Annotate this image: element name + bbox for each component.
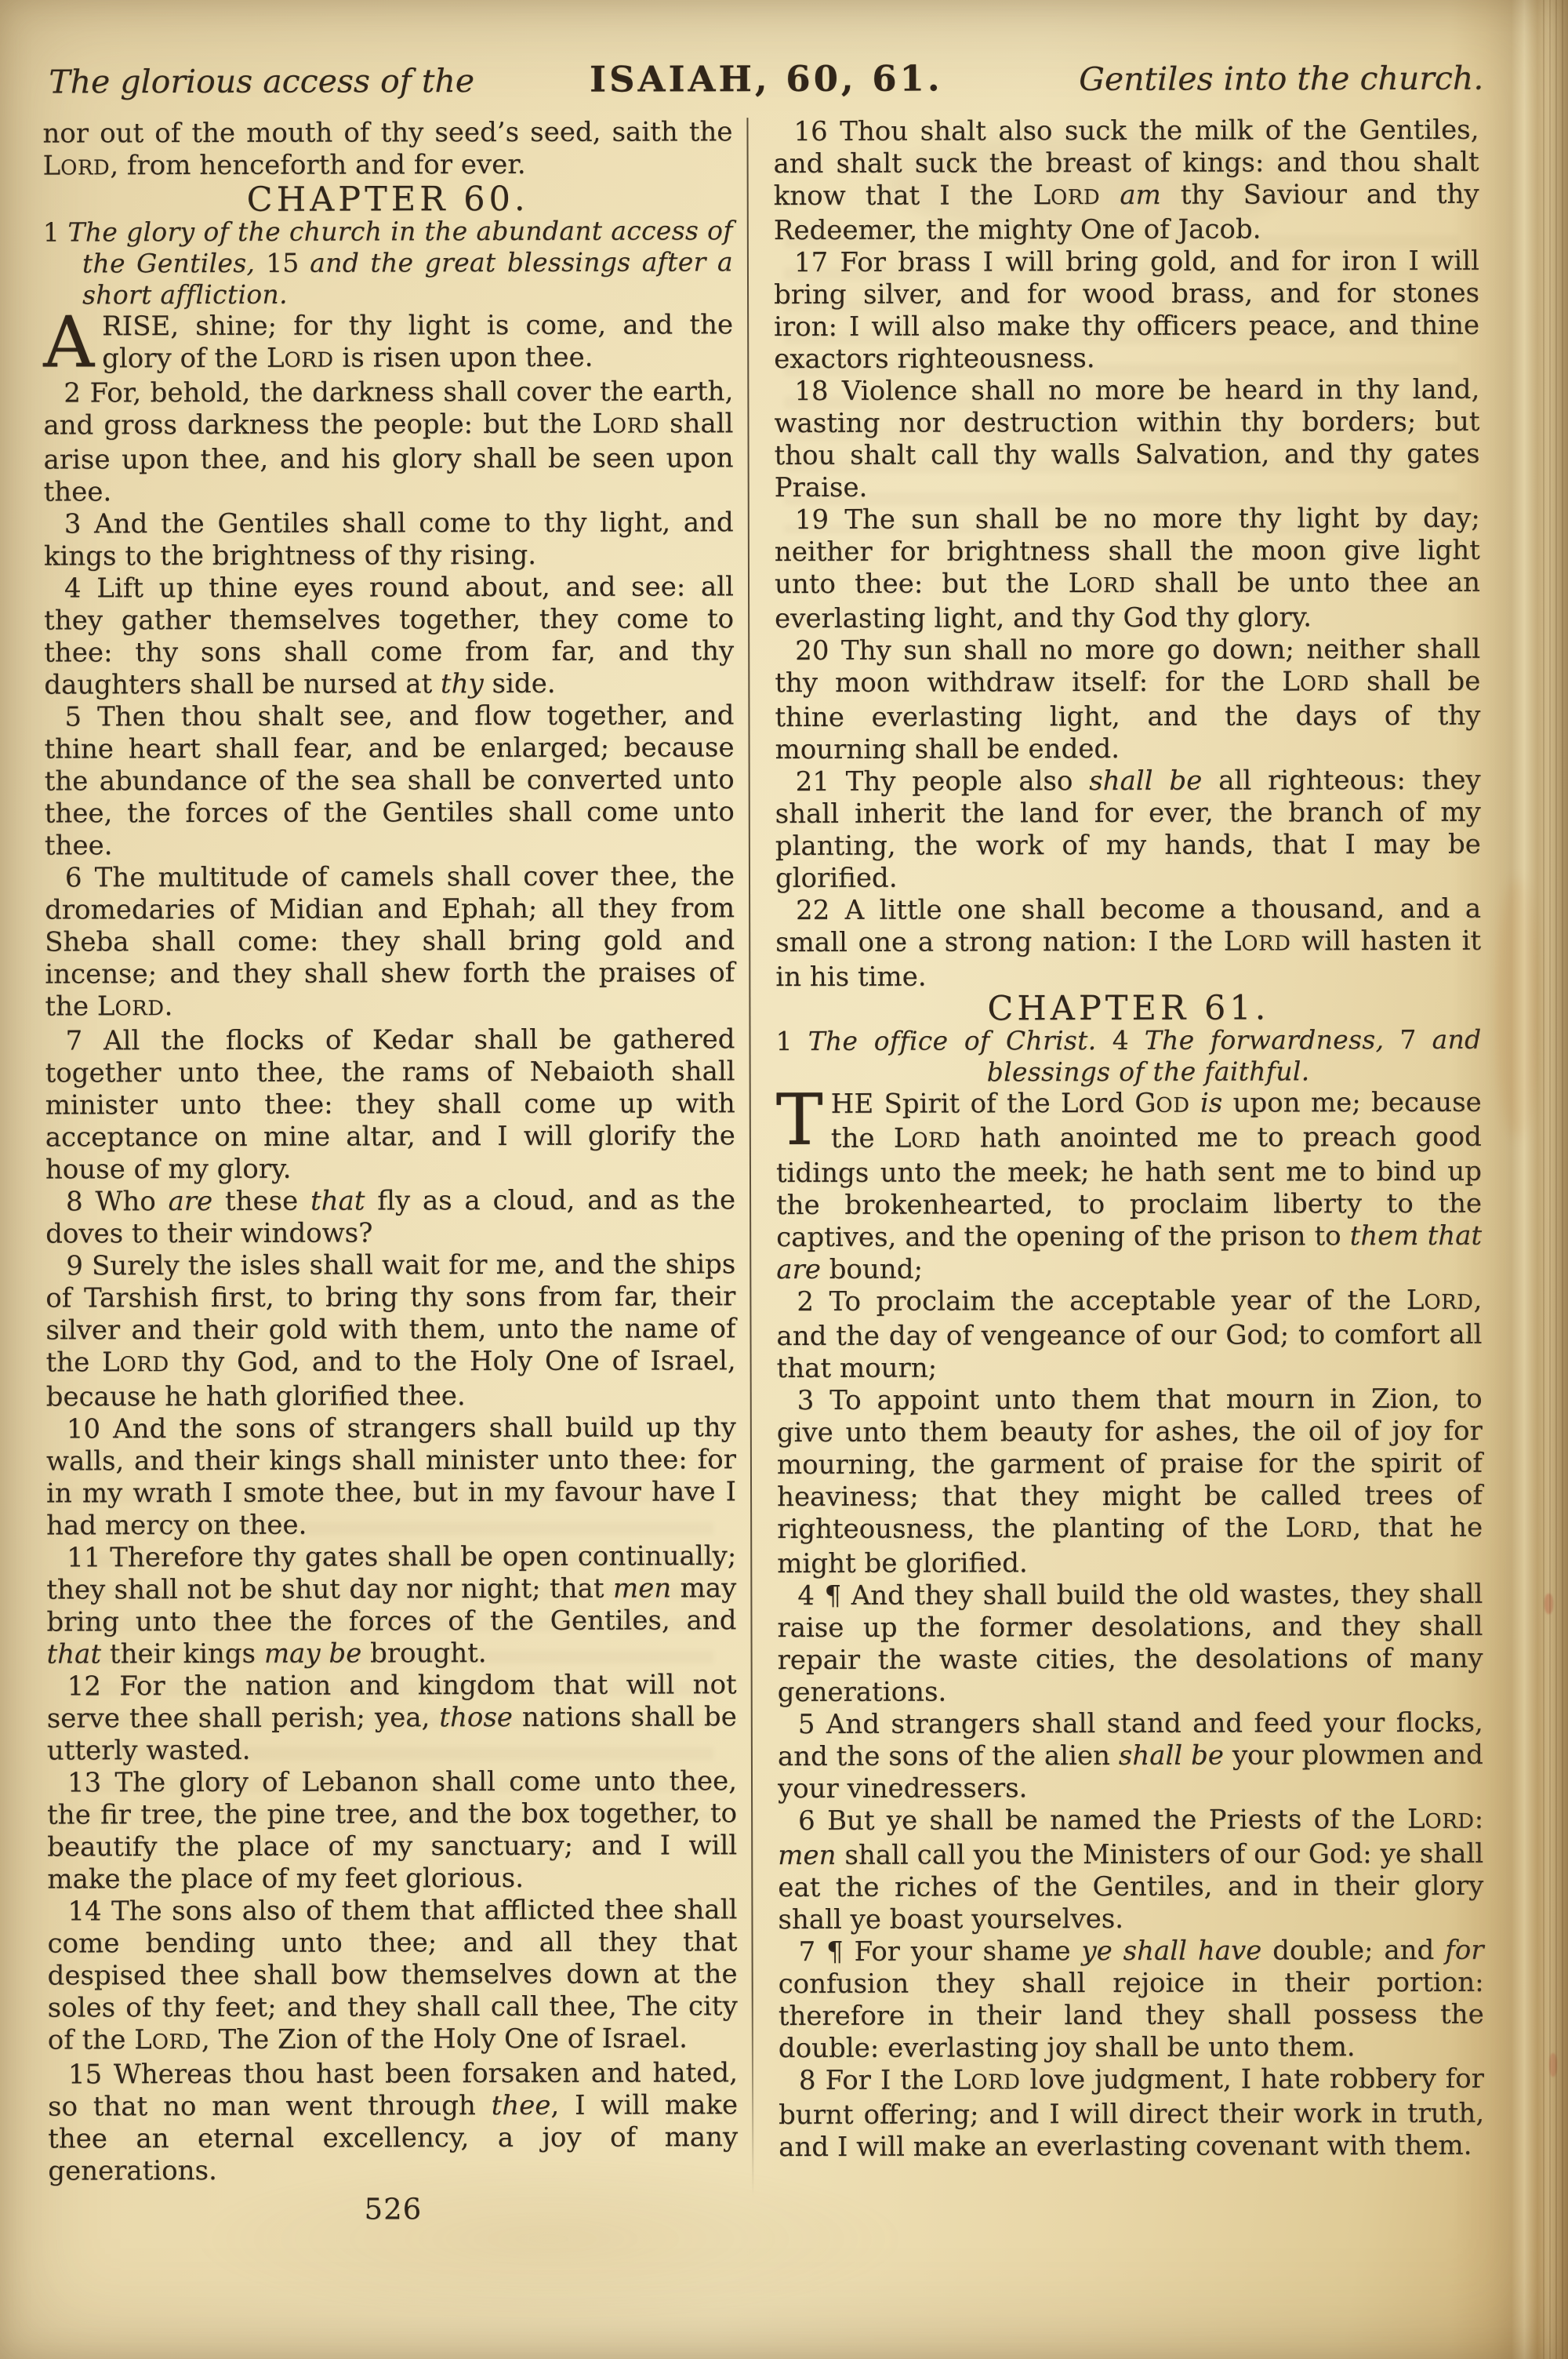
verse-paragraph: 5 Then thou shalt see, and flow together…: [44, 700, 735, 862]
verse-paragraph: 18 Violence shall no more be heard in th…: [774, 374, 1479, 504]
chapter-heading: CHAPTER 60.: [43, 183, 733, 216]
verse-paragraph: 8 Who are these that fly as a cloud, and…: [45, 1184, 735, 1250]
chapter-summary: 1 The glory of the church in the abundan…: [43, 215, 733, 311]
verse-paragraph: 20 Thy sun shall no more go down; neithe…: [775, 634, 1480, 766]
drop-cap: A: [43, 315, 94, 370]
verse-paragraph: 11 Therefore thy gates shall be open con…: [46, 1540, 736, 1670]
page-number: 526: [48, 2192, 738, 2226]
column-left: nor out of the mouth of thy seed’s seed,…: [42, 116, 738, 2226]
verse-paragraph: 3 To appoint unto them that mourn in Zio…: [777, 1383, 1483, 1580]
verse-paragraph: 21 Thy people also shall be all righteou…: [775, 765, 1481, 895]
verse-paragraph: 9 Surely the isles shall wait for me, an…: [45, 1249, 736, 1413]
verse-paragraph: 4 Lift up thine eyes round about, and se…: [44, 571, 734, 701]
verse-paragraph: 4 ¶ And they shall build the old wastes,…: [777, 1579, 1483, 1709]
verse-paragraph: 13 The glory of Lebanon shall come unto …: [47, 1765, 737, 1896]
verse-paragraph: 7 ¶ For your shame ye shall have double;…: [779, 1935, 1484, 2065]
page-content: The glorious access of the ISAIAH, 60, 6…: [0, 0, 1568, 2359]
verse-paragraph: 2 For, behold, the darkness shall cover …: [43, 376, 733, 508]
running-head-left: The glorious access of the: [49, 62, 566, 101]
column-left-blocks: nor out of the mouth of thy seed’s seed,…: [42, 116, 738, 2187]
running-head-right: Gentiles into the church.: [967, 60, 1484, 99]
column-right: 16 Thou shalt also suck the milk of the …: [773, 114, 1484, 2164]
verse-paragraph: 14 The sons also of them that afflicted …: [47, 1894, 738, 2059]
verse-paragraph: 5 And strangers shall stand and feed you…: [778, 1707, 1483, 1805]
verse-paragraph: 8 For I the LORD love judgment, I hate r…: [779, 2063, 1484, 2164]
chapter-summary: 1 The office of Christ. 4 The forwardnes…: [775, 1024, 1481, 1089]
verse-paragraph: 15 Whereas thou hast been forsaken and h…: [48, 2057, 738, 2187]
verse-continuation: nor out of the mouth of thy seed’s seed,…: [42, 116, 732, 184]
verse-paragraph: 12 For the nation and kingdom that will …: [47, 1669, 737, 1767]
verse-paragraph: 6 But ye shall be named the Priests of t…: [778, 1804, 1483, 1936]
verse-paragraph: 2 To proclaim the acceptable year of the…: [776, 1285, 1482, 1385]
column-divider: [746, 118, 753, 2196]
verse-paragraph: 3 And the Gentiles shall come to thy lig…: [44, 507, 734, 572]
verse-paragraph: THE Spirit of the Lord GOD is upon me; b…: [776, 1087, 1483, 1286]
verse-paragraph: 6 The multitude of camels shall cover th…: [45, 860, 735, 1025]
column-right-blocks: 16 Thou shalt also suck the milk of the …: [773, 114, 1484, 2164]
drop-cap: T: [776, 1093, 823, 1148]
page-title: ISAIAH, 60, 61.: [590, 57, 943, 100]
bible-page: The glorious access of the ISAIAH, 60, 6…: [0, 0, 1568, 2359]
verse-paragraph: 16 Thou shalt also suck the milk of the …: [773, 114, 1479, 247]
verse-paragraph: 17 For brass I will bring gold, and for …: [774, 245, 1479, 376]
verse-paragraph: 19 The sun shall be no more thy light by…: [775, 503, 1480, 635]
chapter-heading: CHAPTER 61.: [775, 992, 1481, 1026]
verse-paragraph: 10 And the sons of strangers shall build…: [46, 1412, 736, 1542]
verse-paragraph: 22 A little one shall become a thousand,…: [775, 893, 1481, 994]
running-header: The glorious access of the ISAIAH, 60, 6…: [49, 56, 1483, 102]
verse-paragraph: 7 All the flocks of Kedar shall be gathe…: [45, 1023, 735, 1186]
verse-paragraph: ARISE, shine; for thy light is come, and…: [43, 309, 733, 377]
